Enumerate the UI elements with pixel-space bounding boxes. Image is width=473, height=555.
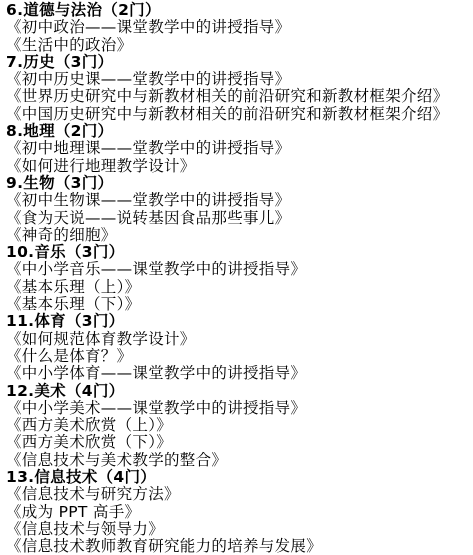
course-section: 10.音乐（3门） 《中小学音乐——课堂教学中的讲授指导》 《基本乐理（上）》 … (6, 244, 473, 313)
section-heading: 11.体育（3门） (6, 313, 473, 330)
course-title: 《什么是体育？》 (6, 348, 473, 365)
section-heading: 13.信息技术（4门） (6, 469, 473, 486)
course-title: 《生活中的政治》 (6, 37, 473, 54)
course-title: 《初中历史课——堂教学中的讲授指导》 (6, 71, 473, 88)
section-heading: 7.历史（3门） (6, 54, 473, 71)
course-title: 《信息技术与美术教学的整合》 (6, 452, 473, 469)
course-title: 《中小学音乐——课堂教学中的讲授指导》 (6, 261, 473, 278)
course-title: 《中小学体育——课堂教学中的讲授指导》 (6, 365, 473, 382)
course-title: 《信息技术与研究方法》 (6, 486, 473, 503)
course-section: 9.生物（3门） 《初中生物课——堂教学中的讲授指导》 《食为天说——说转基因食… (6, 175, 473, 244)
course-title: 《基本乐理（下）》 (6, 296, 473, 313)
course-section: 6.道德与法治（2门） 《初中政治——课堂教学中的讲授指导》 《生活中的政治》 (6, 2, 473, 54)
course-title: 《世界历史研究中与新教材相关的前沿研究和新教材框架介绍》 (6, 88, 473, 105)
course-title: 《如何规范体育教学设计》 (6, 331, 473, 348)
section-heading: 6.道德与法治（2门） (6, 2, 473, 19)
section-heading: 9.生物（3门） (6, 175, 473, 192)
course-section: 7.历史（3门） 《初中历史课——堂教学中的讲授指导》 《世界历史研究中与新教材… (6, 54, 473, 123)
course-title: 《如何进行地理教学设计》 (6, 158, 473, 175)
course-catalog-document: 6.道德与法治（2门） 《初中政治——课堂教学中的讲授指导》 《生活中的政治》 … (0, 0, 473, 555)
course-section: 11.体育（3门） 《如何规范体育教学设计》 《什么是体育？》 《中小学体育——… (6, 313, 473, 382)
course-title: 《神奇的细胞》 (6, 227, 473, 244)
section-heading: 8.地理（2门） (6, 123, 473, 140)
course-title: 《信息技术与领导力》 (6, 521, 473, 538)
course-section: 8.地理（2门） 《初中地理课——堂教学中的讲授指导》 《如何进行地理教学设计》 (6, 123, 473, 175)
course-title: 《初中地理课——堂教学中的讲授指导》 (6, 140, 473, 157)
section-heading: 10.音乐（3门） (6, 244, 473, 261)
course-title: 《食为天说——说转基因食品那些事儿》 (6, 210, 473, 227)
course-title: 《西方美术欣赏（下）》 (6, 434, 473, 451)
course-section: 13.信息技术（4门） 《信息技术与研究方法》 《成为 PPT 高手》 《信息技… (6, 469, 473, 555)
course-title: 《西方美术欣赏（上）》 (6, 417, 473, 434)
course-title: 《基本乐理（上）》 (6, 279, 473, 296)
section-heading: 12.美术（4门） (6, 383, 473, 400)
course-title: 《中小学美术——课堂教学中的讲授指导》 (6, 400, 473, 417)
course-section: 12.美术（4门） 《中小学美术——课堂教学中的讲授指导》 《西方美术欣赏（上）… (6, 383, 473, 469)
course-title: 《成为 PPT 高手》 (6, 504, 473, 521)
course-title: 《初中生物课——堂教学中的讲授指导》 (6, 192, 473, 209)
course-title: 《初中政治——课堂教学中的讲授指导》 (6, 19, 473, 36)
course-title: 《信息技术教师教育研究能力的培养与发展》 (6, 538, 473, 555)
course-title: 《中国历史研究中与新教材相关的前沿研究和新教材框架介绍》 (6, 106, 473, 123)
